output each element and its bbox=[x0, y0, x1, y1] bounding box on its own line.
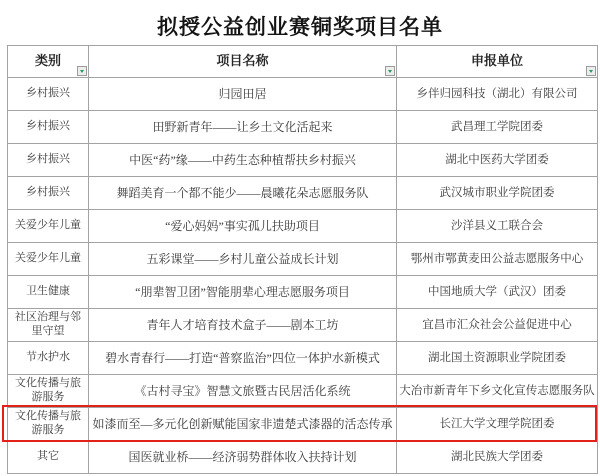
cell-category: 乡村振兴 bbox=[8, 78, 89, 111]
table-row: 文化传播与旅游服务《古村寻宝》智慧文旅暨古民居活化系统大冶市新青年下乡文化宣传志… bbox=[8, 375, 598, 408]
cell-project: 青年人才培育技术盒子——剧本工坊 bbox=[89, 309, 397, 342]
cell-category: 乡村振兴 bbox=[8, 111, 89, 144]
table-row: 关爱少年儿童五彩课堂——乡村儿童公益成长计划鄂州市鄂黄麦田公益志愿服务中心 bbox=[8, 243, 598, 276]
cell-project: 归园田居 bbox=[89, 78, 397, 111]
cell-project: 如漆而至—多元化创新赋能国家非遗楚式漆器的活态传承 bbox=[89, 408, 397, 441]
cell-unit: 湖北国土资源职业学院团委 bbox=[397, 342, 598, 375]
header-row: 类别 项目名称 申报单位 bbox=[8, 46, 598, 78]
cell-project: 国医就业桥——经济弱势群体收入扶持计划 bbox=[89, 441, 397, 474]
filter-triangle-icon bbox=[80, 70, 84, 73]
cell-category: 乡村振兴 bbox=[8, 177, 89, 210]
header-project-label: 项目名称 bbox=[216, 53, 268, 68]
cell-unit: 武汉城市职业学院团委 bbox=[397, 177, 598, 210]
cell-project: 五彩课堂——乡村儿童公益成长计划 bbox=[89, 243, 397, 276]
cell-unit: 中国地质大学（武汉）团委 bbox=[397, 276, 598, 309]
filter-dropdown-icon[interactable] bbox=[586, 66, 596, 76]
filter-dropdown-icon[interactable] bbox=[385, 66, 395, 76]
table-row: 乡村振兴归园田居乡伴归园科技（湖北）有限公司 bbox=[8, 78, 598, 111]
cell-project: 《古村寻宝》智慧文旅暨古民居活化系统 bbox=[89, 375, 397, 408]
cell-project: 碧水青春行——打造“普察监治”四位一体护水新模式 bbox=[89, 342, 397, 375]
cell-project: “朋辈智卫团”智能朋辈心理志愿服务项目 bbox=[89, 276, 397, 309]
cell-category: 其它 bbox=[8, 441, 89, 474]
header-category: 类别 bbox=[8, 46, 89, 78]
cell-project: 舞蹈美育一个都不能少——晨曦花朵志愿服务队 bbox=[89, 177, 397, 210]
filter-triangle-icon bbox=[388, 70, 392, 73]
cell-project: 中医“药”缘——中药生态种植帮扶乡村振兴 bbox=[89, 144, 397, 177]
table-row: 其它国医就业桥——经济弱势群体收入扶持计划湖北民族大学团委 bbox=[8, 441, 598, 474]
cell-unit: 沙洋县义工联合会 bbox=[397, 210, 598, 243]
table-row: 乡村振兴田野新青年——让乡土文化活起来武昌理工学院团委 bbox=[8, 111, 598, 144]
cell-category: 关爱少年儿童 bbox=[8, 210, 89, 243]
cell-project: 田野新青年——让乡土文化活起来 bbox=[89, 111, 397, 144]
table-body: 乡村振兴归园田居乡伴归园科技（湖北）有限公司乡村振兴田野新青年——让乡土文化活起… bbox=[8, 78, 598, 474]
table-row: 社区治理与邻里守望青年人才培育技术盒子——剧本工坊宜昌市汇众社会公益促进中心 bbox=[8, 309, 598, 342]
cell-unit: 宜昌市汇众社会公益促进中心 bbox=[397, 309, 598, 342]
cell-unit: 湖北民族大学团委 bbox=[397, 441, 598, 474]
page-title: 拟授公益创业赛铜奖项目名单 bbox=[0, 11, 600, 41]
cell-unit: 大冶市新青年下乡文化宣传志愿服务队 bbox=[397, 375, 598, 408]
table-row: 卫生健康“朋辈智卫团”智能朋辈心理志愿服务项目中国地质大学（武汉）团委 bbox=[8, 276, 598, 309]
cell-category: 节水护水 bbox=[8, 342, 89, 375]
cell-unit: 武昌理工学院团委 bbox=[397, 111, 598, 144]
table-row-highlighted: 文化传播与旅游服务如漆而至—多元化创新赋能国家非遗楚式漆器的活态传承长江大学文理… bbox=[8, 408, 598, 441]
header-project: 项目名称 bbox=[89, 46, 397, 78]
page: 拟授公益创业赛铜奖项目名单 类别 项目名称 申报单位 bbox=[0, 0, 600, 476]
header-unit: 申报单位 bbox=[397, 46, 598, 78]
filter-triangle-icon bbox=[589, 70, 593, 73]
cell-category: 文化传播与旅游服务 bbox=[8, 375, 89, 408]
table-row: 节水护水碧水青春行——打造“普察监治”四位一体护水新模式湖北国土资源职业学院团委 bbox=[8, 342, 598, 375]
cell-category: 社区治理与邻里守望 bbox=[8, 309, 89, 342]
cell-category: 关爱少年儿童 bbox=[8, 243, 89, 276]
cell-project: “爱心妈妈”事实孤儿扶助项目 bbox=[89, 210, 397, 243]
header-unit-label: 申报单位 bbox=[471, 53, 523, 68]
cell-category: 卫生健康 bbox=[8, 276, 89, 309]
filter-dropdown-icon[interactable] bbox=[77, 66, 87, 76]
cell-unit: 乡伴归园科技（湖北）有限公司 bbox=[397, 78, 598, 111]
table-row: 乡村振兴舞蹈美育一个都不能少——晨曦花朵志愿服务队武汉城市职业学院团委 bbox=[8, 177, 598, 210]
cell-category: 乡村振兴 bbox=[8, 144, 89, 177]
table-row: 乡村振兴中医“药”缘——中药生态种植帮扶乡村振兴湖北中医药大学团委 bbox=[8, 144, 598, 177]
cell-unit: 长江大学文理学院团委 bbox=[397, 408, 598, 441]
cell-category: 文化传播与旅游服务 bbox=[8, 408, 89, 441]
table-row: 关爱少年儿童“爱心妈妈”事实孤儿扶助项目沙洋县义工联合会 bbox=[8, 210, 598, 243]
cell-unit: 湖北中医药大学团委 bbox=[397, 144, 598, 177]
header-category-label: 类别 bbox=[35, 53, 61, 68]
award-table: 类别 项目名称 申报单位 乡村振兴归园田居乡伴归园科技（湖北）有限公司乡村振兴田… bbox=[7, 45, 598, 474]
cell-unit: 鄂州市鄂黄麦田公益志愿服务中心 bbox=[397, 243, 598, 276]
